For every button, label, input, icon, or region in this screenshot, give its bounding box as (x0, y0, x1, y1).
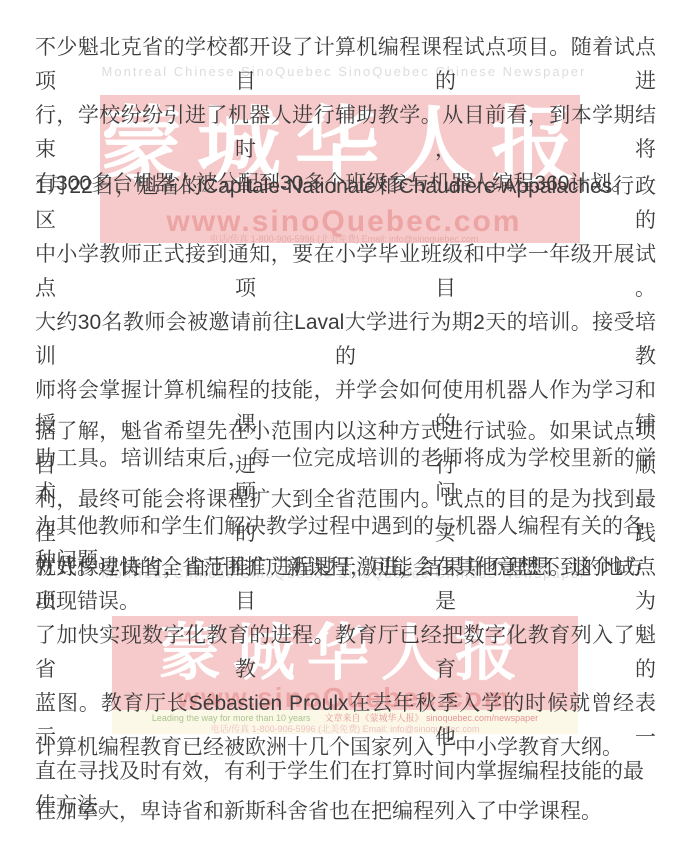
text-line: 行，学校纷纷引进了机器人进行辅助教学。从目前看，到本学期结束时，将 (35, 99, 656, 167)
text-line: 据了解，魁省希望先在小范围内以这种方式进行试验。如果试点项目进行顺 (35, 415, 656, 483)
paragraph: 计算机编程教育已经被欧洲十几个国家列入了中小学教育大纲。 (35, 731, 656, 765)
text-line: 利，最终可能会将课程扩大到全省范围内。试点的目的是为找到最佳的实践 (35, 483, 656, 551)
text-line: 中小学教师正式接到通知，要在小学毕业班级和中学一年级开展试点项目。 (35, 238, 656, 306)
text-line: 计算机编程教育已经被欧洲十几个国家列入了中小学教育大纲。 (35, 731, 656, 765)
text-line: 大约30名教师会被邀请前往Laval大学进行为期2天的培训。接受培训的教 (35, 306, 656, 374)
text-line: 了加快实现数字化教育的进程。教育厅已经把数字化教育列入了魁省教育的 (35, 619, 656, 687)
article-page: { "page": { "background": "#ffffff", "te… (0, 0, 688, 862)
paragraph: 就好像卑诗省，由于推广进程过于激进，结果并不理想。这个试点项目是为了加快实现数字… (35, 551, 656, 823)
text-line: 1月22日，魁省的Capitale-Nationale和Chaudière-Ap… (35, 170, 656, 238)
text-line: 在加拿大，卑诗省和新斯科舍省也在把编程列入了中学课程。 (35, 795, 656, 829)
paragraph: 在加拿大，卑诗省和新斯科舍省也在把编程列入了中学课程。 (35, 795, 656, 829)
text-line: 不少魁北克省的学校都开设了计算机编程课程试点项目。随着试点项目的进 (35, 31, 656, 99)
text-line: 就好像卑诗省，由于推广进程过于激进，结果并不理想。这个试点项目是为 (35, 551, 656, 619)
